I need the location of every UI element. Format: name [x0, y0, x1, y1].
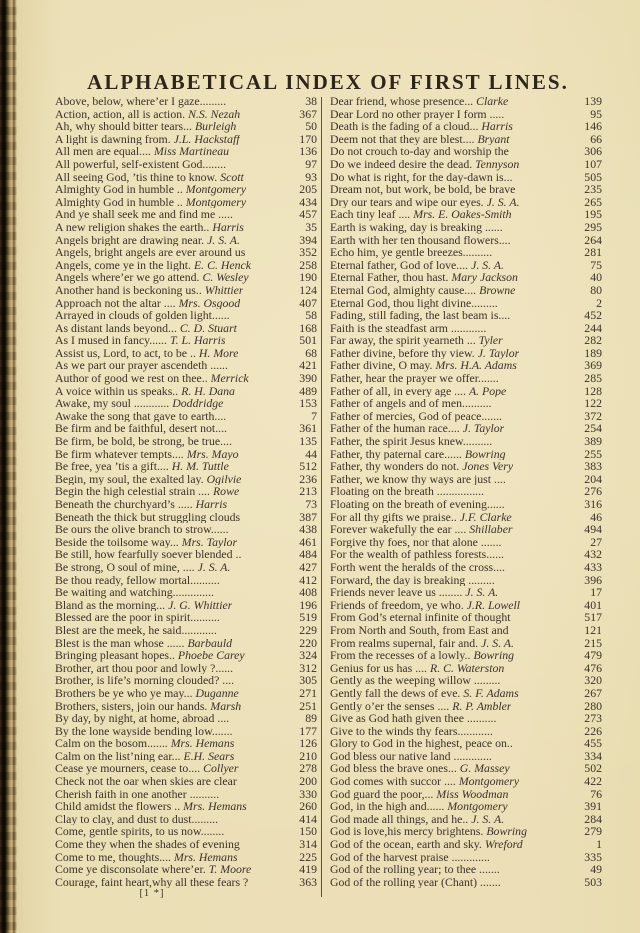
- entry-first-line: Beneath the thick but struggling clouds: [55, 511, 240, 524]
- index-entry: Do not crouch to-day and worship the306: [330, 145, 602, 158]
- index-entry: Dry our tears and wipe our eyes.J. S. A.…: [330, 196, 602, 209]
- entry-first-line: God of the harvest praise .............: [330, 851, 490, 864]
- entry-first-line: Gently fall the dews of eve.: [330, 687, 460, 700]
- entry-first-line: Arrayed in clouds of golden light......: [55, 309, 230, 322]
- entry-first-line: Courage, faint heart,why all these fears…: [55, 876, 248, 889]
- index-entry: Blessed are the poor in spirit..........…: [55, 611, 317, 624]
- index-entry: Calm on the list’ning ear...E.H. Sears21…: [55, 750, 317, 763]
- entry-page-number: 271: [293, 687, 317, 700]
- entry-author: J.R. Lowell: [467, 599, 520, 612]
- entry-author: Mrs. Hemans: [174, 851, 238, 864]
- entry-page-number: 200: [293, 775, 317, 788]
- entry-page-number: 433: [578, 561, 602, 574]
- entry-author: J. S. A.: [471, 259, 504, 272]
- index-entry: Calm on the bosom.......Mrs. Hemans126: [55, 737, 317, 750]
- entry-page-number: 455: [578, 737, 602, 750]
- index-entry: Dear friend, whose presence...Clarke139: [330, 95, 602, 108]
- entry-author: R. H. Dana: [181, 385, 235, 398]
- entry-first-line: Do not crouch to-day and worship the: [330, 145, 509, 158]
- index-entry: Almighty God in humble ..Montgomery434: [55, 196, 317, 209]
- entry-first-line: Come, gentle spirits, to us now........: [55, 825, 224, 838]
- entry-page-number: 153: [293, 397, 317, 410]
- entry-page-number: 282: [578, 334, 602, 347]
- index-entry: Father of angels and of men..........122: [330, 397, 602, 410]
- column-divider-rule: [321, 97, 322, 897]
- entry-first-line: Another hand is beckoning us..: [55, 284, 202, 297]
- entry-first-line: By the lone wayside bending low.......: [55, 725, 232, 738]
- entry-first-line: God guard the poor,...: [330, 788, 433, 801]
- index-entry: Father of the human race....J. Taylor254: [330, 422, 602, 435]
- index-entry: Father, thy wonders do not.Jones Very383: [330, 460, 602, 473]
- entry-author: T. L. Harris: [170, 334, 226, 347]
- entry-first-line: Bland as the morning...: [55, 599, 165, 612]
- index-entry: Courage, faint heart,why all these fears…: [55, 876, 317, 889]
- entry-author: N.S. Nezah: [188, 108, 240, 121]
- entry-first-line: Forgive thy foes, nor that alone .......: [330, 536, 501, 549]
- index-entry: Clay to clay, and dust to dust.........4…: [55, 813, 317, 826]
- index-entry: Almighty God in humble ..Montgomery205: [55, 183, 317, 196]
- index-entry: Friends of freedom, ye who.J.R. Lowell40…: [330, 599, 602, 612]
- entry-first-line: Brothers be ye who ye may...: [55, 687, 192, 700]
- entry-first-line: Blest is the man whose ......: [55, 637, 184, 650]
- index-entry: Father, hear the prayer we offer.......2…: [330, 372, 602, 385]
- index-entry: Begin, my soul, the exalted lay.Ogilvie2…: [55, 473, 317, 486]
- index-entry: Floating on the breath of evening......3…: [330, 498, 602, 511]
- index-entry: Father divine, before thy view.J. Taylor…: [330, 347, 602, 360]
- index-column-right: Dear friend, whose presence...Clarke139D…: [330, 95, 602, 888]
- index-entry: Ah, why should bitter tears...Burleigh50: [55, 120, 317, 133]
- entry-page-number: 135: [293, 435, 317, 448]
- entry-first-line: Earth with her ten thousand flowers....: [330, 234, 511, 247]
- entry-first-line: Father divine, O may.: [330, 359, 432, 372]
- entry-author: Montgomery: [186, 196, 246, 209]
- index-entry: Cherish faith in one another ..........3…: [55, 788, 317, 801]
- entry-first-line: Do what is right, for the day-dawn is...: [330, 171, 513, 184]
- entry-first-line: Above, below, where’er I gaze.........: [55, 95, 226, 108]
- entry-author: J. Taylor: [463, 422, 505, 435]
- index-entry: Far away, the spirit yearneth ...Tyler28…: [330, 334, 602, 347]
- entry-author: H. More: [199, 347, 239, 360]
- entry-first-line: Deem not that they are blest....: [330, 133, 474, 146]
- index-entry: All powerful, self-existent God........9…: [55, 158, 317, 171]
- entry-page-number: 295: [578, 221, 602, 234]
- entry-author: Whittier: [205, 284, 244, 297]
- index-entry: Beneath the churchyard’s .....Harris73: [55, 498, 317, 511]
- entry-first-line: Dry our tears and wipe our eyes.: [330, 196, 484, 209]
- entry-author: Harris: [212, 221, 243, 234]
- entry-first-line: Earth is waking, day is breaking ......: [330, 221, 503, 234]
- index-entry: Awake, my soul ............Doddridge153: [55, 397, 317, 410]
- index-entry: Be strong, O soul of mine, ....J. S. A.4…: [55, 561, 317, 574]
- index-entry: Dear Lord no other prayer I form .....95: [330, 108, 602, 121]
- entry-author: Mrs. Hemans: [171, 737, 235, 750]
- entry-first-line: All men are equal....: [55, 145, 151, 158]
- entry-first-line: Father of the human race....: [330, 422, 460, 435]
- index-entry: From God’s eternal infinite of thought51…: [330, 611, 602, 624]
- entry-first-line: Father, thy wonders do not.: [330, 460, 459, 473]
- index-column-left: Above, below, where’er I gaze.........38…: [55, 95, 317, 888]
- entry-first-line: Be free, yea ’tis a gift....: [55, 460, 169, 473]
- index-entry: Be firm and be faithful, desert not....3…: [55, 422, 317, 435]
- entry-first-line: Forward, the day is breaking .........: [330, 574, 495, 587]
- index-entry: God of the ocean, earth and sky.Wreford1: [330, 838, 602, 851]
- entry-page-number: 285: [578, 372, 602, 385]
- index-entry: Father, the spirit Jesus knew..........3…: [330, 435, 602, 448]
- entry-page-number: 49: [578, 863, 602, 876]
- index-entry: By the lone wayside bending low.......17…: [55, 725, 317, 738]
- entry-first-line: God of the rolling year (Chant) .......: [330, 876, 501, 889]
- entry-first-line: Gently as the weeping willow .........: [330, 674, 500, 687]
- entry-first-line: Bringing pleasant hopes..: [55, 649, 175, 662]
- entry-author: Mrs. Osgood: [179, 297, 241, 310]
- entry-first-line: From North and South, from East and: [330, 624, 509, 637]
- index-entry: God comes with succor ....Montgomery422: [330, 775, 602, 788]
- entry-first-line: Blest are the meek, he said............: [55, 624, 217, 637]
- index-entry: Approach not the altar ....Mrs. Osgood40…: [55, 297, 317, 310]
- entry-first-line: Begin, my soul, the exalted lay.: [55, 473, 204, 486]
- entry-first-line: Fading, still fading, the last beam is..…: [330, 309, 510, 322]
- entry-author: R. C. Waterston: [430, 662, 504, 675]
- entry-first-line: Father, thy paternal care......: [330, 448, 462, 461]
- index-entry: As distant lands beyond...C. D. Stuart16…: [55, 322, 317, 335]
- entry-author: Tyler: [479, 334, 503, 347]
- entry-first-line: And ye shall seek me and find me .....: [55, 208, 233, 221]
- entry-page-number: 281: [578, 246, 602, 259]
- index-entry: From the recesses of a lowly..Bowring479: [330, 649, 602, 662]
- entry-author: C. D. Stuart: [180, 322, 237, 335]
- index-entry: Assist us, Lord, to act, to be ..H. More…: [55, 347, 317, 360]
- entry-first-line: Father, the spirit Jesus knew..........: [330, 435, 492, 448]
- index-entry: Brother, is life’s morning clouded? ....…: [55, 674, 317, 687]
- index-entry: As I mused in fancy......T. L. Harris501: [55, 334, 317, 347]
- entry-first-line: Father of mercies, God of peace.......: [330, 410, 502, 423]
- entry-page-number: 146: [578, 120, 602, 133]
- index-entry: Come ye disconsolate where’er.T. Moore41…: [55, 863, 317, 876]
- entry-page-number: 427: [293, 561, 317, 574]
- index-entry: Author of good we rest on thee..Merrick3…: [55, 372, 317, 385]
- index-entry: Forward, the day is breaking .........39…: [330, 574, 602, 587]
- entry-author: Mrs. Hemans: [183, 800, 247, 813]
- entry-author: Rowe: [213, 485, 239, 498]
- entry-first-line: Come ye disconsolate where’er.: [55, 863, 206, 876]
- entry-page-number: 422: [578, 775, 602, 788]
- index-entry: God of the rolling year (Chant) .......5…: [330, 876, 602, 889]
- index-entry: By day, by night, at home, abroad ....89: [55, 712, 317, 725]
- entry-author: Wreford: [485, 838, 523, 851]
- entry-author: J. G. Whittier: [168, 599, 232, 612]
- entry-first-line: Check not the oar when skies are clear: [55, 775, 237, 788]
- index-entry: And ye shall seek me and find me .....45…: [55, 208, 317, 221]
- entry-author: Mrs. Taylor: [182, 536, 237, 549]
- index-entry: Eternal father, God of love....J. S. A.7…: [330, 259, 602, 272]
- index-entry: Cease ye mourners, cease to....Collyer27…: [55, 762, 317, 775]
- entry-page-number: 390: [293, 372, 317, 385]
- index-entry: Be free, yea ’tis a gift....H. M. Tuttle…: [55, 460, 317, 473]
- entry-first-line: God, in the high and......: [330, 800, 444, 813]
- index-entry: Come to me, thoughts....Mrs. Hemans225: [55, 851, 317, 864]
- entry-page-number: 58: [293, 309, 317, 322]
- entry-first-line: Dream not, but work, be bold, be brave: [330, 183, 515, 196]
- entry-first-line: Faith is the steadfast arm ............: [330, 322, 486, 335]
- entry-author: J. S. A.: [481, 637, 514, 650]
- entry-first-line: Eternal Father, thou hast.: [330, 271, 448, 284]
- entry-author: Bowring: [465, 448, 506, 461]
- index-entry: For all thy gifts we praise..J.F. Clarke…: [330, 511, 602, 524]
- index-entry: As we part our prayer ascendeth ......42…: [55, 359, 317, 372]
- entry-first-line: Dear Lord no other prayer I form .....: [330, 108, 504, 121]
- entry-author: Bryant: [477, 133, 509, 146]
- entry-first-line: From the recesses of a lowly..: [330, 649, 470, 662]
- index-entry: God is love,his mercy brightens.Bowring2…: [330, 825, 602, 838]
- entry-first-line: Do we indeed desire the dead.: [330, 158, 472, 171]
- entry-author: J. S. A.: [198, 561, 231, 574]
- entry-first-line: God of the rolling year; to thee .......: [330, 863, 500, 876]
- entry-first-line: For the wealth of pathless forests......: [330, 548, 504, 561]
- entry-author: E.H. Sears: [184, 750, 235, 763]
- entry-author: J. Taylor: [478, 347, 520, 360]
- entry-first-line: For all thy gifts we praise..: [330, 511, 457, 524]
- entry-page-number: 391: [578, 800, 602, 813]
- entry-first-line: Give as God hath given thee ..........: [330, 712, 496, 725]
- index-entry: Be waiting and watching..............408: [55, 586, 317, 599]
- entry-author: Montgomery: [459, 775, 519, 788]
- entry-author: Collyer: [203, 762, 238, 775]
- entry-first-line: Father, we know thy ways are just ....: [330, 473, 506, 486]
- entry-page-number: 363: [293, 876, 317, 889]
- index-entry: Father of mercies, God of peace.......37…: [330, 410, 602, 423]
- index-entry: Give as God hath given thee ..........27…: [330, 712, 602, 725]
- entry-page-number: 503: [578, 876, 602, 889]
- entry-page-number: 389: [578, 435, 602, 448]
- index-entry: Bringing pleasant hopes..Phoebe Carey324: [55, 649, 317, 662]
- entry-author: G. Massey: [460, 762, 510, 775]
- index-entry: God guard the poor,...Miss Woodman76: [330, 788, 602, 801]
- index-entry: Angels, bright angels are ever around us…: [55, 246, 317, 259]
- entry-author: Miss Woodman: [436, 788, 508, 801]
- entry-author: S. F. Adams: [463, 687, 518, 700]
- entry-first-line: A light is dawning from.: [55, 133, 171, 146]
- index-entry: Father divine, O may.Mrs. H.A. Adams369: [330, 359, 602, 372]
- entry-author: R. P. Ambler: [452, 700, 511, 713]
- entry-first-line: Angels, bright angels are ever around us: [55, 246, 245, 259]
- entry-first-line: As distant lands beyond...: [55, 322, 177, 335]
- entry-first-line: Awake, my soul ............: [55, 397, 169, 410]
- entry-page-number: 408: [293, 586, 317, 599]
- entry-first-line: Cease ye mourners, cease to....: [55, 762, 200, 775]
- entry-first-line: Beside the toilsome way...: [55, 536, 179, 549]
- entry-first-line: God bless the brave ones...: [330, 762, 457, 775]
- index-entry: Eternal God, thou light divine.........2: [330, 297, 602, 310]
- entry-first-line: All powerful, self-existent God........: [55, 158, 226, 171]
- entry-first-line: Angels, come ye in the light.: [55, 259, 191, 272]
- entry-first-line: Forever wakefully the ear ....: [330, 523, 466, 536]
- entry-page-number: 73: [293, 498, 317, 511]
- entry-page-number: 126: [293, 737, 317, 750]
- entry-first-line: As we part our prayer ascendeth ......: [55, 359, 228, 372]
- index-entry: Angels where’er we go attend.C. Wesley19…: [55, 271, 317, 284]
- entry-page-number: 273: [578, 712, 602, 725]
- entry-first-line: Child amidst the flowers ..: [55, 800, 180, 813]
- index-entry: Deem not that they are blest....Bryant66: [330, 133, 602, 146]
- entry-page-number: 452: [578, 309, 602, 322]
- entry-first-line: Be firm and be faithful, desert not....: [55, 422, 227, 435]
- index-entry: Gently o’er the senses ....R. P. Ambler2…: [330, 700, 602, 713]
- entry-author: Browne: [479, 284, 515, 297]
- index-entry: Come they when the shades of evening314: [55, 838, 317, 851]
- entry-author: Bowring: [473, 649, 514, 662]
- entry-first-line: Almighty God in humble ..: [55, 183, 183, 196]
- entry-first-line: Almighty God in humble ..: [55, 196, 183, 209]
- index-entry: Earth is waking, day is breaking ......2…: [330, 221, 602, 234]
- index-entry: Do we indeed desire the dead.Tennyson107: [330, 158, 602, 171]
- index-entry: Action, action, all is action.N.S. Nezah…: [55, 108, 317, 121]
- index-entry: Be firm, be bold, be strong, be true....…: [55, 435, 317, 448]
- entry-first-line: Be ours the olive branch to strow......: [55, 523, 229, 536]
- index-entry: Father, we know thy ways are just ....20…: [330, 473, 602, 486]
- entry-first-line: Be still, how fearfully soever blended .…: [55, 548, 241, 561]
- entry-first-line: Beneath the churchyard’s .....: [55, 498, 193, 511]
- entry-author: J. S. A.: [487, 196, 520, 209]
- index-entry: All seeing God, ’tis thine to know.Scott…: [55, 171, 317, 184]
- entry-first-line: Eternal God, thou light divine.........: [330, 297, 498, 310]
- entry-first-line: Clay to clay, and dust to dust.........: [55, 813, 218, 826]
- entry-page-number: 501: [293, 334, 317, 347]
- entry-page-number: 38: [293, 95, 317, 108]
- entry-first-line: By day, by night, at home, abroad ....: [55, 712, 229, 725]
- index-entry: Gently fall the dews of eve.S. F. Adams2…: [330, 687, 602, 700]
- entry-page-number: 512: [293, 460, 317, 473]
- entry-first-line: Father of all, in every age ....: [330, 385, 466, 398]
- entry-first-line: God bless our native land .............: [330, 750, 492, 763]
- entry-first-line: Friends of freedom, ye who.: [330, 599, 464, 612]
- index-entry: God bless our native land .............3…: [330, 750, 602, 763]
- entry-page-number: 479: [578, 649, 602, 662]
- entry-author: Ogilvie: [207, 473, 242, 486]
- entry-first-line: God of the ocean, earth and sky.: [330, 838, 482, 851]
- entry-author: Marsh: [210, 700, 241, 713]
- index-entry: Do what is right, for the day-dawn is...…: [330, 171, 602, 184]
- entry-first-line: Calm on the bosom.......: [55, 737, 168, 750]
- entry-author: Scott: [220, 171, 244, 184]
- entry-page-number: 352: [293, 246, 317, 259]
- entry-page-number: 267: [578, 687, 602, 700]
- entry-author: C. Wesley: [202, 271, 248, 284]
- entry-author: Shillaber: [469, 523, 512, 536]
- index-entry: Beneath the thick but struggling clouds3…: [55, 511, 317, 524]
- index-entry: From North and South, from East and121: [330, 624, 602, 637]
- entry-first-line: Eternal God, almighty cause....: [330, 284, 476, 297]
- entry-first-line: Glory to God in the highest, peace on..: [330, 737, 513, 750]
- index-entry: Forgive thy foes, nor that alone .......…: [330, 536, 602, 549]
- entry-first-line: Come they when the shades of evening: [55, 838, 240, 851]
- entry-first-line: Dear friend, whose presence...: [330, 95, 473, 108]
- entry-author: E. C. Henck: [194, 259, 251, 272]
- index-entry: From realms supernal, fair and.J. S. A.2…: [330, 637, 602, 650]
- entry-first-line: Approach not the altar ....: [55, 297, 176, 310]
- entry-page-number: 50: [293, 120, 317, 133]
- entry-author: J. S. A.: [471, 813, 504, 826]
- entry-first-line: A new religion shakes the earth..: [55, 221, 209, 234]
- entry-author: Clarke: [476, 95, 508, 108]
- entry-first-line: Each tiny leaf ....: [330, 208, 410, 221]
- index-entry: Friends never leave us ........J. S. A.1…: [330, 586, 602, 599]
- entry-first-line: Angels bright are drawing near.: [55, 234, 204, 247]
- entry-first-line: Genius for us has ....: [330, 662, 427, 675]
- signature-mark: [1 *]: [112, 888, 192, 899]
- index-entry: Be firm whatever tempts....Mrs. Mayo44: [55, 448, 317, 461]
- entry-page-number: 494: [578, 523, 602, 536]
- index-entry: Forth went the heralds of the cross....4…: [330, 561, 602, 574]
- index-entry: For the wealth of pathless forests......…: [330, 548, 602, 561]
- index-entry: Arrayed in clouds of golden light......5…: [55, 309, 317, 322]
- entry-first-line: Come to me, thoughts....: [55, 851, 171, 864]
- index-entry: Father of all, in every age ....A. Pope1…: [330, 385, 602, 398]
- index-entry: Beside the toilsome way...Mrs. Taylor461: [55, 536, 317, 549]
- entry-first-line: Blessed are the poor in spirit..........: [55, 611, 220, 624]
- index-entry: God bless the brave ones...G. Massey502: [330, 762, 602, 775]
- entry-page-number: 314: [293, 838, 317, 851]
- entry-first-line: A voice within us speaks..: [55, 385, 178, 398]
- entry-first-line: Assist us, Lord, to act, to be ..: [55, 347, 196, 360]
- entry-first-line: Death is the fading of a cloud...: [330, 120, 478, 133]
- entry-first-line: Author of good we rest on thee..: [55, 372, 208, 385]
- entry-first-line: Brother, is life’s morning clouded? ....: [55, 674, 234, 687]
- entry-author: Harris: [481, 120, 512, 133]
- entry-author: Bowring: [486, 825, 527, 838]
- entry-page-number: 139: [578, 95, 602, 108]
- index-entry: Brother, art thou poor and lowly ?......…: [55, 662, 317, 675]
- entry-author: A. Pope: [469, 385, 506, 398]
- index-entry: God of the harvest praise .............3…: [330, 851, 602, 864]
- index-entry: Above, below, where’er I gaze.........38: [55, 95, 317, 108]
- entry-first-line: Begin the high celestial strain ....: [55, 485, 210, 498]
- entry-first-line: Brother, art thou poor and lowly ?......: [55, 662, 233, 675]
- entry-page-number: 107: [578, 158, 602, 171]
- entry-author: Mrs. Mayo: [187, 448, 239, 461]
- entry-first-line: Be strong, O soul of mine, ....: [55, 561, 195, 574]
- index-entry: Another hand is beckoning us..Whittier12…: [55, 284, 317, 297]
- entry-first-line: Be firm, be bold, be strong, be true....: [55, 435, 232, 448]
- book-binding-edge: [0, 0, 17, 933]
- entry-page-number: 89: [293, 712, 317, 725]
- index-entry: Glory to God in the highest, peace on..4…: [330, 737, 602, 750]
- entry-first-line: Far away, the spirit yearneth ...: [330, 334, 476, 347]
- index-entry: A voice within us speaks..R. H. Dana489: [55, 385, 317, 398]
- index-entry: Be ours the olive branch to strow......4…: [55, 523, 317, 536]
- entry-first-line: Awake the song that gave to earth....: [55, 410, 226, 423]
- index-entry: Floating on the breath ................2…: [330, 485, 602, 498]
- entry-page-number: 229: [293, 624, 317, 637]
- entry-page-number: 324: [293, 649, 317, 662]
- entry-author: Montgomery: [447, 800, 507, 813]
- entry-page-number: 35: [293, 221, 317, 234]
- entry-first-line: As I mused in fancy......: [55, 334, 167, 347]
- entry-first-line: Be thou ready, fellow mortal..........: [55, 574, 220, 587]
- index-entry: Be still, how fearfully soever blended .…: [55, 548, 317, 561]
- index-entry: Child amidst the flowers ..Mrs. Hemans26…: [55, 800, 317, 813]
- entry-author: H. M. Tuttle: [172, 460, 229, 473]
- index-entry: Eternal God, almighty cause....Browne80: [330, 284, 602, 297]
- entry-author: Duganne: [195, 687, 238, 700]
- index-entry: Awake the song that gave to earth....7: [55, 410, 317, 423]
- entry-first-line: Ah, why should bitter tears...: [55, 120, 192, 133]
- entry-author: Mrs. H.A. Adams: [435, 359, 516, 372]
- entry-author: Merrick: [211, 372, 249, 385]
- entry-author: Burleigh: [195, 120, 236, 133]
- entry-page-number: 235: [578, 183, 602, 196]
- index-entry: Fading, still fading, the last beam is..…: [330, 309, 602, 322]
- entry-first-line: Father, hear the prayer we offer.......: [330, 372, 499, 385]
